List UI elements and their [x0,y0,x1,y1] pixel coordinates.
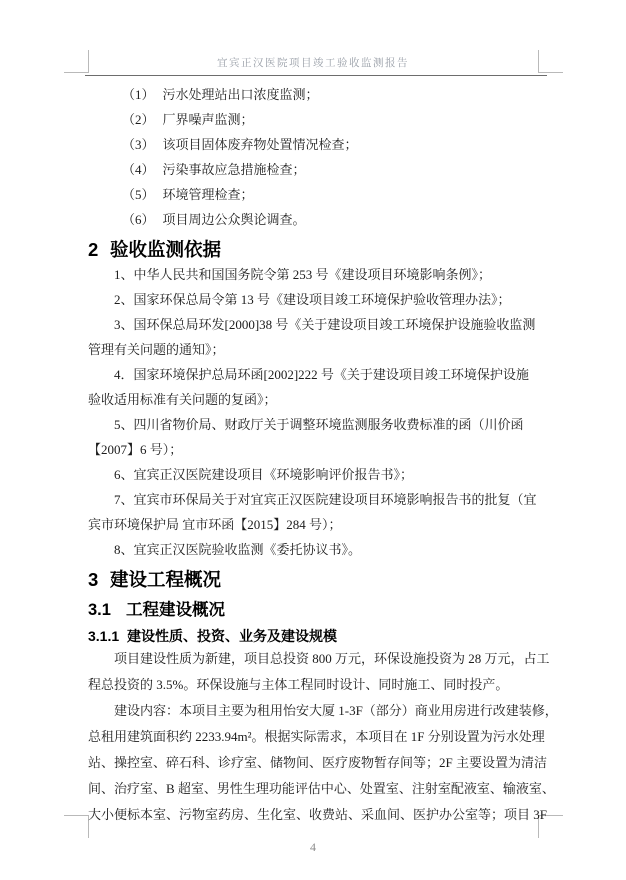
list-item: （3） 该项目固体废弃物处置情况检查； [122,132,566,157]
subsection-title: 建设性质、投资、业务及建设规模 [127,627,337,646]
subsection-heading-3-1: 3.1 工程建设概况 [88,599,566,621]
header-divider [85,75,547,76]
reference-list: 1、中华人民共和国国务院令第 253 号《建设项目环境影响条例》； 2、国家环保… [88,262,566,562]
list-item: （1） 污水处理站出口浓度监测； [122,82,566,107]
section-number: 3 [88,568,110,592]
list-item-number: （6） [122,207,155,232]
subsection-title: 工程建设概况 [126,599,225,621]
reference-item: 3、国环保总局环发[2000]38 号《关于建设项目竣工环境保护设施验收监测 管… [88,312,566,362]
margin-crop-mark-top-left [64,50,89,73]
section-heading-2: 2 验收监测依据 [88,238,566,262]
list-item-text: 污水处理站出口浓度监测； [163,82,319,107]
document-page: 宜宾正汉医院项目竣工验收监测报告 （1） 污水处理站出口浓度监测； （2） 厂界… [0,0,626,880]
reference-item: 6、宜宾正汉医院建设项目《环境影响评价报告书》； [88,462,566,487]
list-item-text: 环境管理检查； [163,182,254,207]
list-item: （2） 厂界噪声监测； [122,107,566,132]
list-item-number: （1） [122,82,155,107]
section-heading-3: 3 建设工程概况 [88,568,566,592]
reference-item: 8、宜宾正汉医院验收监测《委托协议书》。 [88,537,566,562]
margin-crop-mark-bottom-left [64,815,89,838]
page-header-title: 宜宾正汉医院项目竣工验收监测报告 [0,55,626,70]
section-number: 2 [88,238,110,262]
list-item-text: 该项目固体废弃物处置情况检查； [163,132,358,157]
list-item-text: 厂界噪声监测； [163,107,254,132]
list-item: （6） 项目周边公众舆论调查。 [122,207,566,232]
reference-item: 7、宜宾市环保局关于对宜宾正汉医院建设项目环境影响报告书的批复（宜 宾市环境保护… [88,487,566,537]
section-title: 验收监测依据 [110,238,221,262]
monitoring-checklist: （1） 污水处理站出口浓度监测； （2） 厂界噪声监测； （3） 该项目固体废弃… [88,82,566,232]
body-paragraph: 建设内容：本项目主要为租用怡安大厦 1-3F（部分）商业用房进行改建装修， 总租… [88,698,566,828]
body-paragraph: 项目建设性质为新建，项目总投资 800 万元，环保设施投资为 28 万元，占工 … [88,646,566,698]
page-number: 4 [0,840,626,855]
reference-item: 5、四川省物价局、财政厅关于调整环境监测服务收费标准的函（川价函 【2007】6… [88,412,566,462]
list-item: （4） 污染事故应急措施检查； [122,157,566,182]
list-item-text: 项目周边公众舆论调查。 [163,207,306,232]
margin-crop-mark-top-right [538,50,563,73]
list-item-number: （4） [122,157,155,182]
list-item: （5） 环境管理检查； [122,182,566,207]
subsection-number: 3.1.1 [88,627,127,646]
list-item-number: （2） [122,107,155,132]
subsection-heading-3-1-1: 3.1.1 建设性质、投资、业务及建设规模 [88,627,566,646]
reference-item: 4．国家环境保护总局环函[2002]222 号《关于建设项目竣工环境保护设施 验… [88,362,566,412]
reference-item: 1、中华人民共和国国务院令第 253 号《建设项目环境影响条例》； [88,262,566,287]
list-item-number: （5） [122,182,155,207]
list-item-number: （3） [122,132,155,157]
document-body: （1） 污水处理站出口浓度监测； （2） 厂界噪声监测； （3） 该项目固体废弃… [88,82,566,828]
reference-item: 2、国家环保总局令第 13 号《建设项目竣工环境保护验收管理办法》； [88,287,566,312]
subsection-number: 3.1 [88,599,126,621]
section-title: 建设工程概况 [110,568,221,592]
list-item-text: 污染事故应急措施检查； [163,157,306,182]
